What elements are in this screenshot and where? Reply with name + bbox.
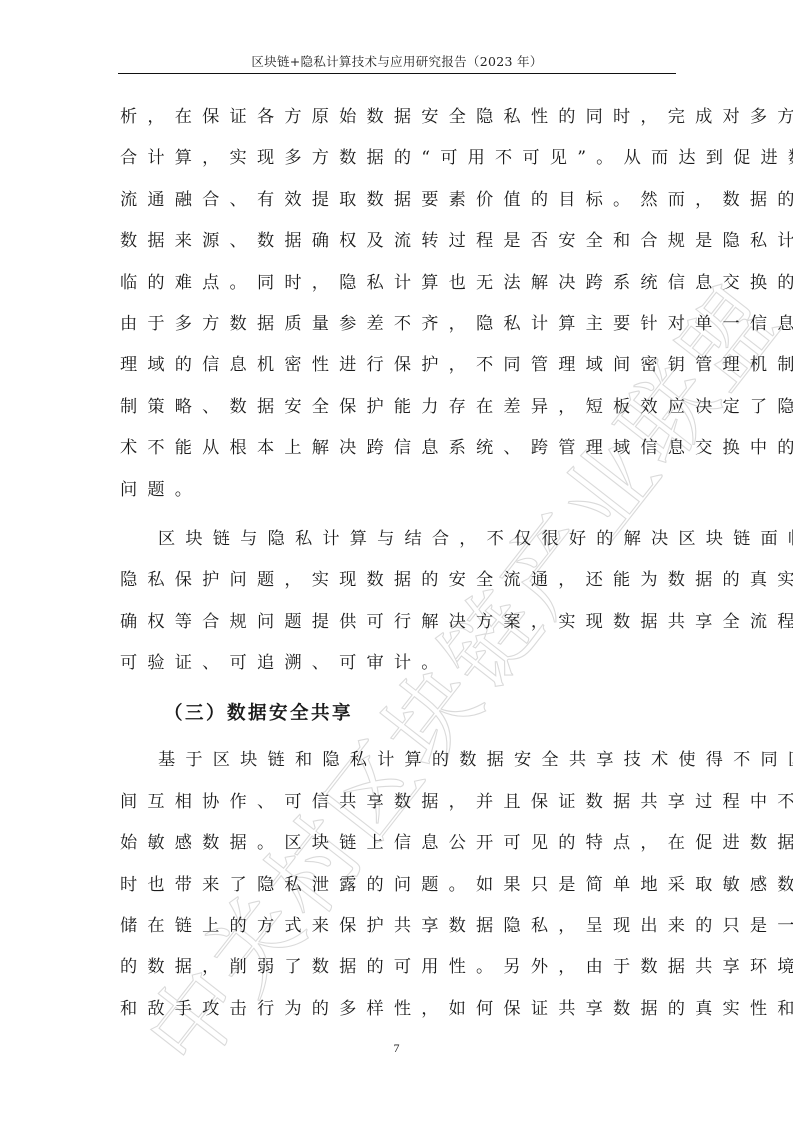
text-line: 可验证、可追溯、可审计。	[120, 643, 676, 684]
text-line: 储在链上的方式来保护共享数据隐私，呈现出来的只是一些看不懂	[120, 906, 676, 947]
text-line: 间互相协作、可信共享数据，并且保证数据共享过程中不会泄露原	[120, 782, 676, 823]
text-line: 流通融合、有效提取数据要素价值的目标。然而，数据的真实性、	[120, 180, 676, 221]
text-line: 理域的信息机密性进行保护，不同管理域间密钥管理机制、访问控	[120, 345, 676, 386]
paragraph-3: 基于区块链和隐私计算的数据安全共享技术使得不同区块链之 间互相协作、可信共享数据…	[120, 740, 676, 1030]
text-line: 确权等合规问题提供可行解决方案，实现数据共享全流程可记录、	[120, 602, 676, 643]
text-line: 区块链与隐私计算与结合，不仅很好的解决区块链面临的数据	[120, 519, 676, 560]
text-line: 临的难点。同时，隐私计算也无法解决跨系统信息交换的隐私保护，	[120, 263, 676, 304]
text-line: 时也带来了隐私泄露的问题。如果只是简单地采取敏感数据加密存	[120, 865, 676, 906]
text-line: 的数据，削弱了数据的可用性。另外，由于数据共享环境的复杂性	[120, 947, 676, 988]
text-line: 析，在保证各方原始数据安全隐私性的同时，完成对多方数据的融	[120, 97, 676, 138]
paragraph-2: 区块链与隐私计算与结合，不仅很好的解决区块链面临的数据 隐私保护问题，实现数据的…	[120, 519, 676, 685]
text-line: 术不能从根本上解决跨信息系统、跨管理域信息交换中的隐私保护	[120, 428, 676, 469]
running-header: 区块链+隐私计算技术与应用研究报告（2023 年）	[118, 52, 676, 70]
text-line: 基于区块链和隐私计算的数据安全共享技术使得不同区块链之	[120, 740, 676, 781]
header-divider	[118, 73, 676, 74]
page-body: 析，在保证各方原始数据安全隐私性的同时，完成对多方数据的融 合计算，实现多方数据…	[120, 97, 676, 1030]
text-line: 问题。	[120, 470, 676, 511]
paragraph-1: 析，在保证各方原始数据安全隐私性的同时，完成对多方数据的融 合计算，实现多方数据…	[120, 97, 676, 511]
text-line: 制策略、数据安全保护能力存在差异，短板效应决定了隐私保护技	[120, 387, 676, 428]
text-line: 和敌手攻击行为的多样性，如何保证共享数据的真实性和可靠性面	[120, 989, 676, 1030]
section-heading: （三）数据安全共享	[120, 692, 676, 736]
page-number: 7	[0, 1041, 793, 1056]
text-line: 合计算，实现多方数据的“可用不可见”。从而达到促进数据要素	[120, 138, 676, 179]
text-line: 数据来源、数据确权及流转过程是否安全和合规是隐私计算技术面	[120, 221, 676, 262]
text-line: 始敏感数据。区块链上信息公开可见的特点，在促进数据共享的同	[120, 823, 676, 864]
text-line: 隐私保护问题，实现数据的安全流通，还能为数据的真实性、数据	[120, 560, 676, 601]
text-line: 由于多方数据质量参差不齐，隐私计算主要针对单一信息系统和管	[120, 304, 676, 345]
